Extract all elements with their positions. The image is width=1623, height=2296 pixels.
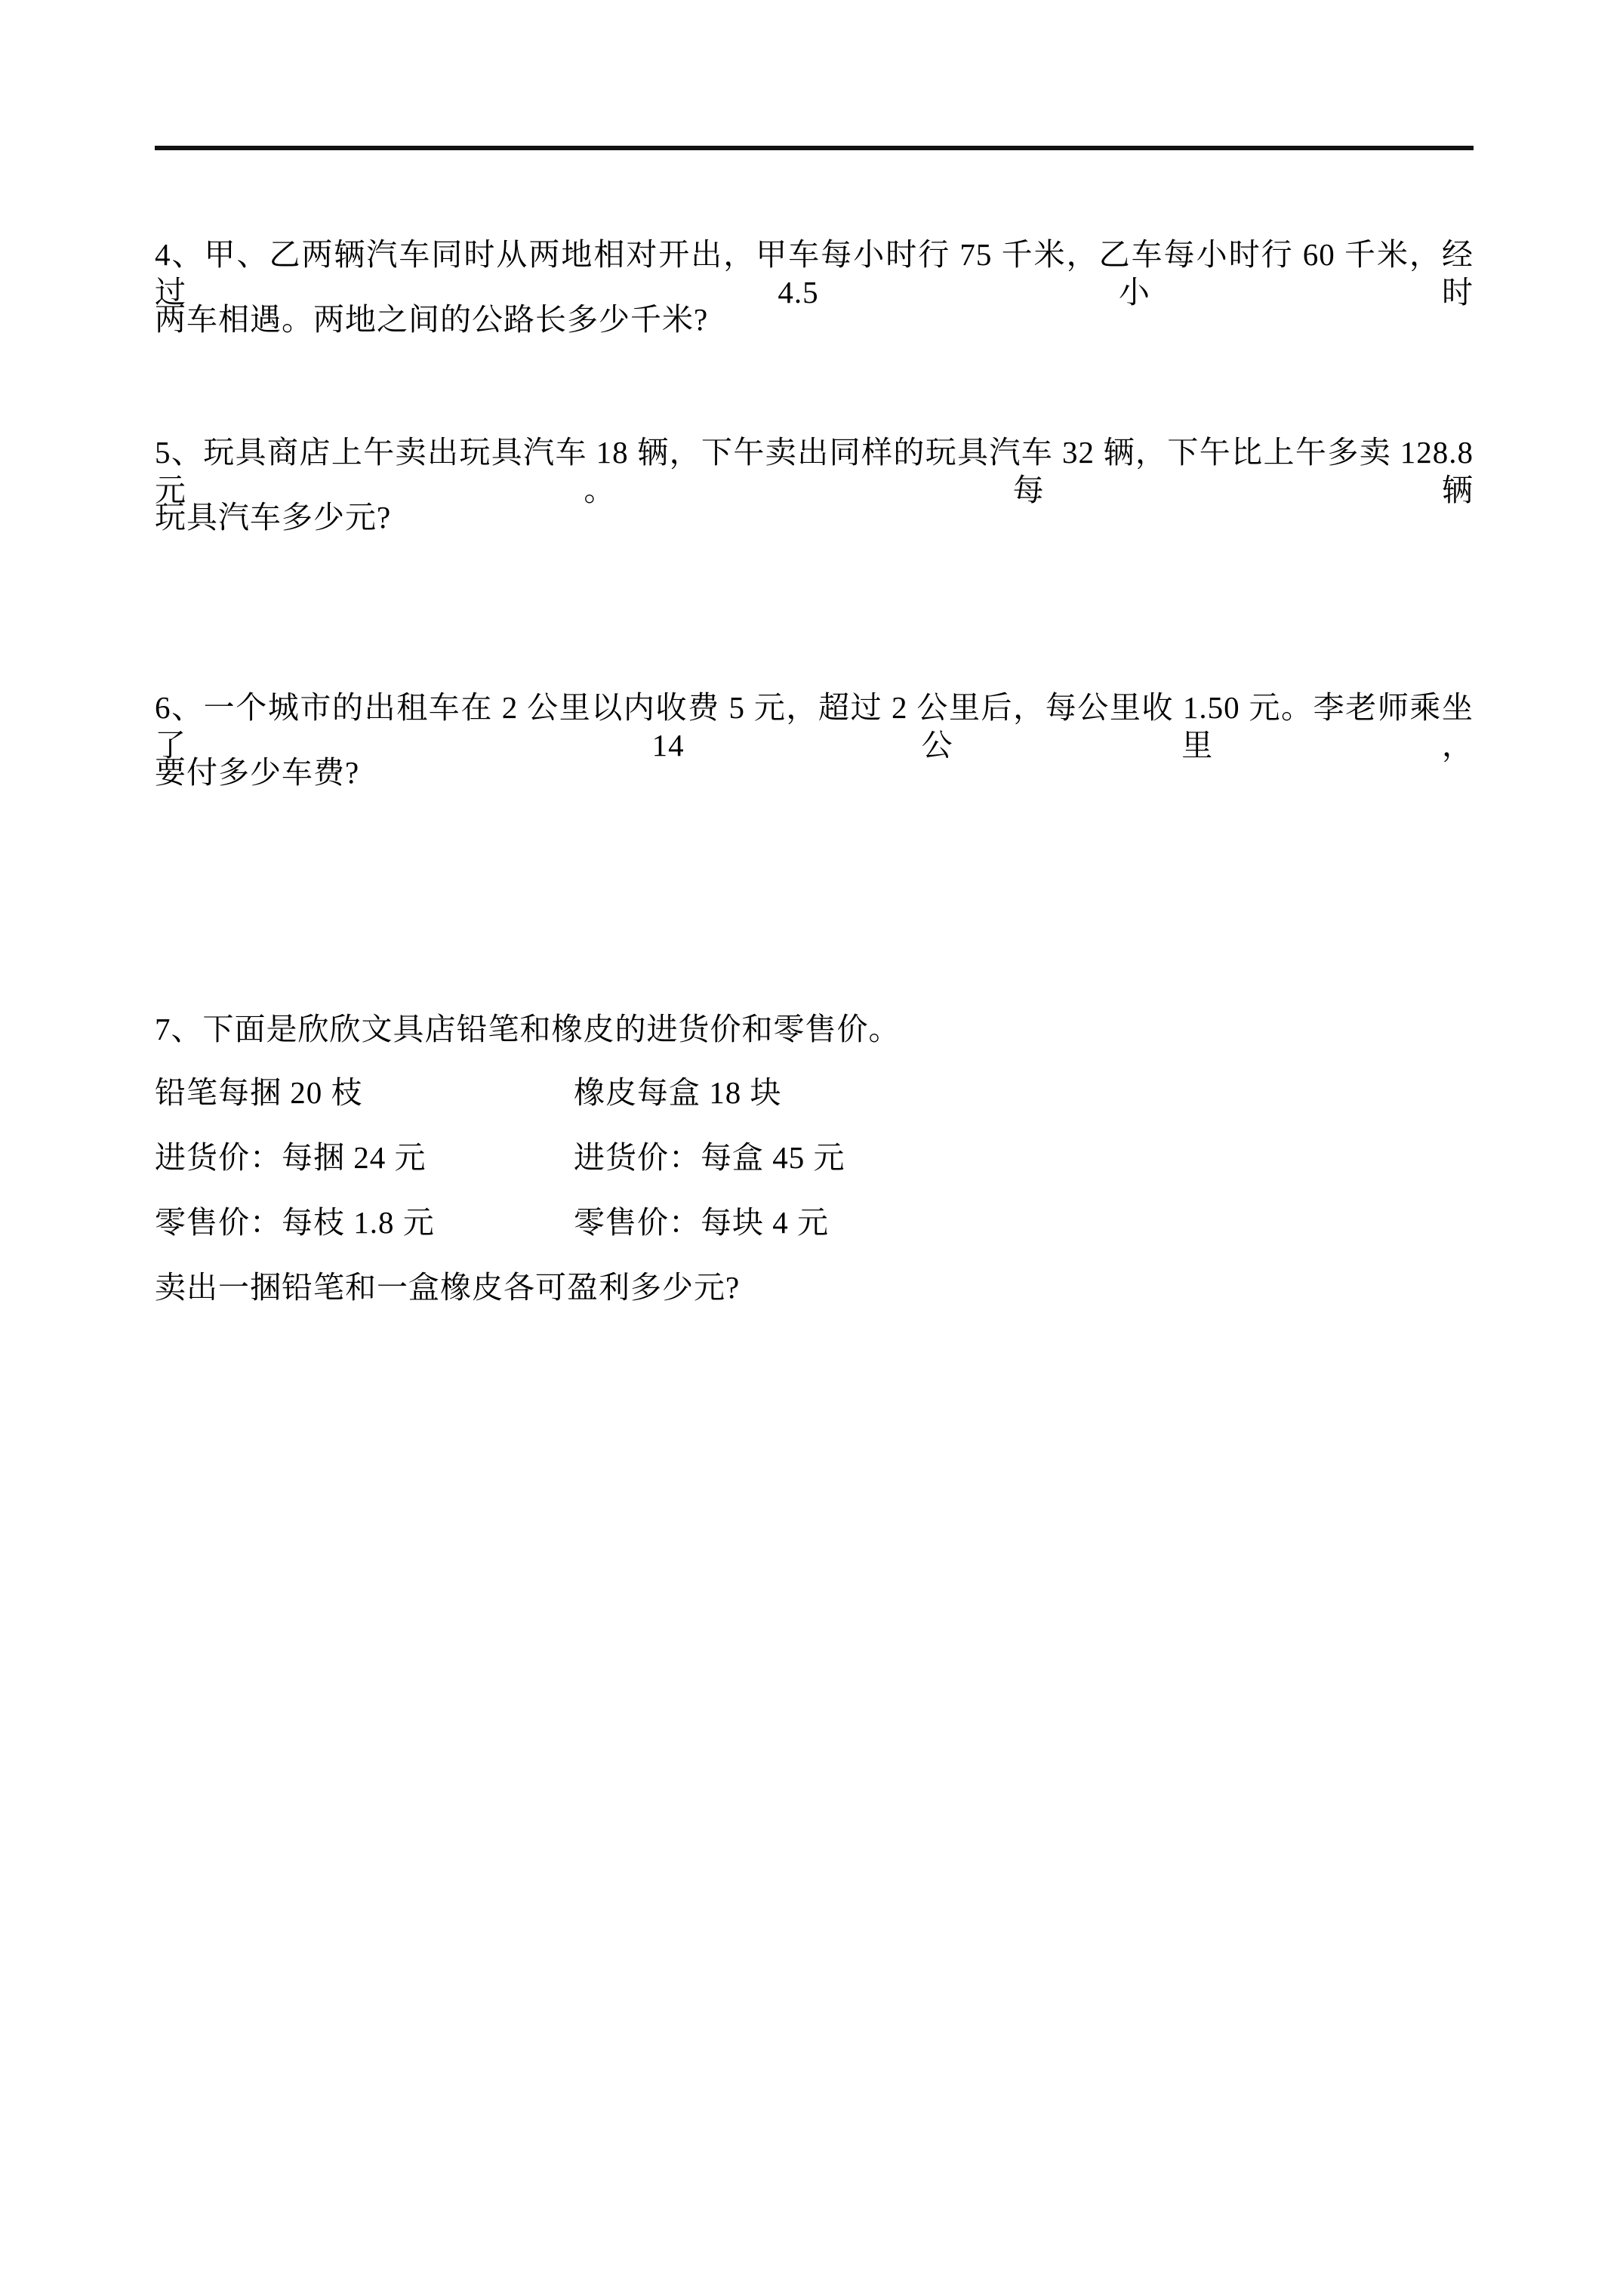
eraser-purchase-price: 进货价：每盒 45 元 [574, 1139, 1474, 1176]
eraser-retail-price: 零售价：每块 4 元 [574, 1203, 1474, 1241]
problem-6-line-1: 6、一个城市的出租车在 2 公里以内收费 5 元，超过 2 公里后，每公里收 1… [155, 689, 1474, 764]
problem-7-heading: 7、下面是欣欣文具店铅笔和橡皮的进货价和零售价。 [155, 1010, 1474, 1048]
header-rule [155, 146, 1474, 150]
problem-4-line-2: 两车相遇。两地之间的公路长多少千米? [155, 300, 1474, 338]
eraser-spec: 橡皮每盒 18 块 [574, 1074, 1474, 1111]
worksheet-page: 4、甲、乙两辆汽车同时从两地相对开出，甲车每小时行 75 千米，乙车每小时行 6… [0, 0, 1623, 2296]
problem-5-line-2: 玩具汽车多少元? [155, 498, 1474, 536]
problem-5-line-1: 5、玩具商店上午卖出玩具汽车 18 辆，下午卖出同样的玩具汽车 32 辆，下午比… [155, 433, 1474, 509]
problem-7-question: 卖出一捆铅笔和一盒橡皮各可盈利多少元? [155, 1268, 1474, 1306]
problem-4-line-1: 4、甲、乙两辆汽车同时从两地相对开出，甲车每小时行 75 千米，乙车每小时行 6… [155, 236, 1474, 311]
problem-6-line-2: 要付多少车费? [155, 754, 1474, 791]
